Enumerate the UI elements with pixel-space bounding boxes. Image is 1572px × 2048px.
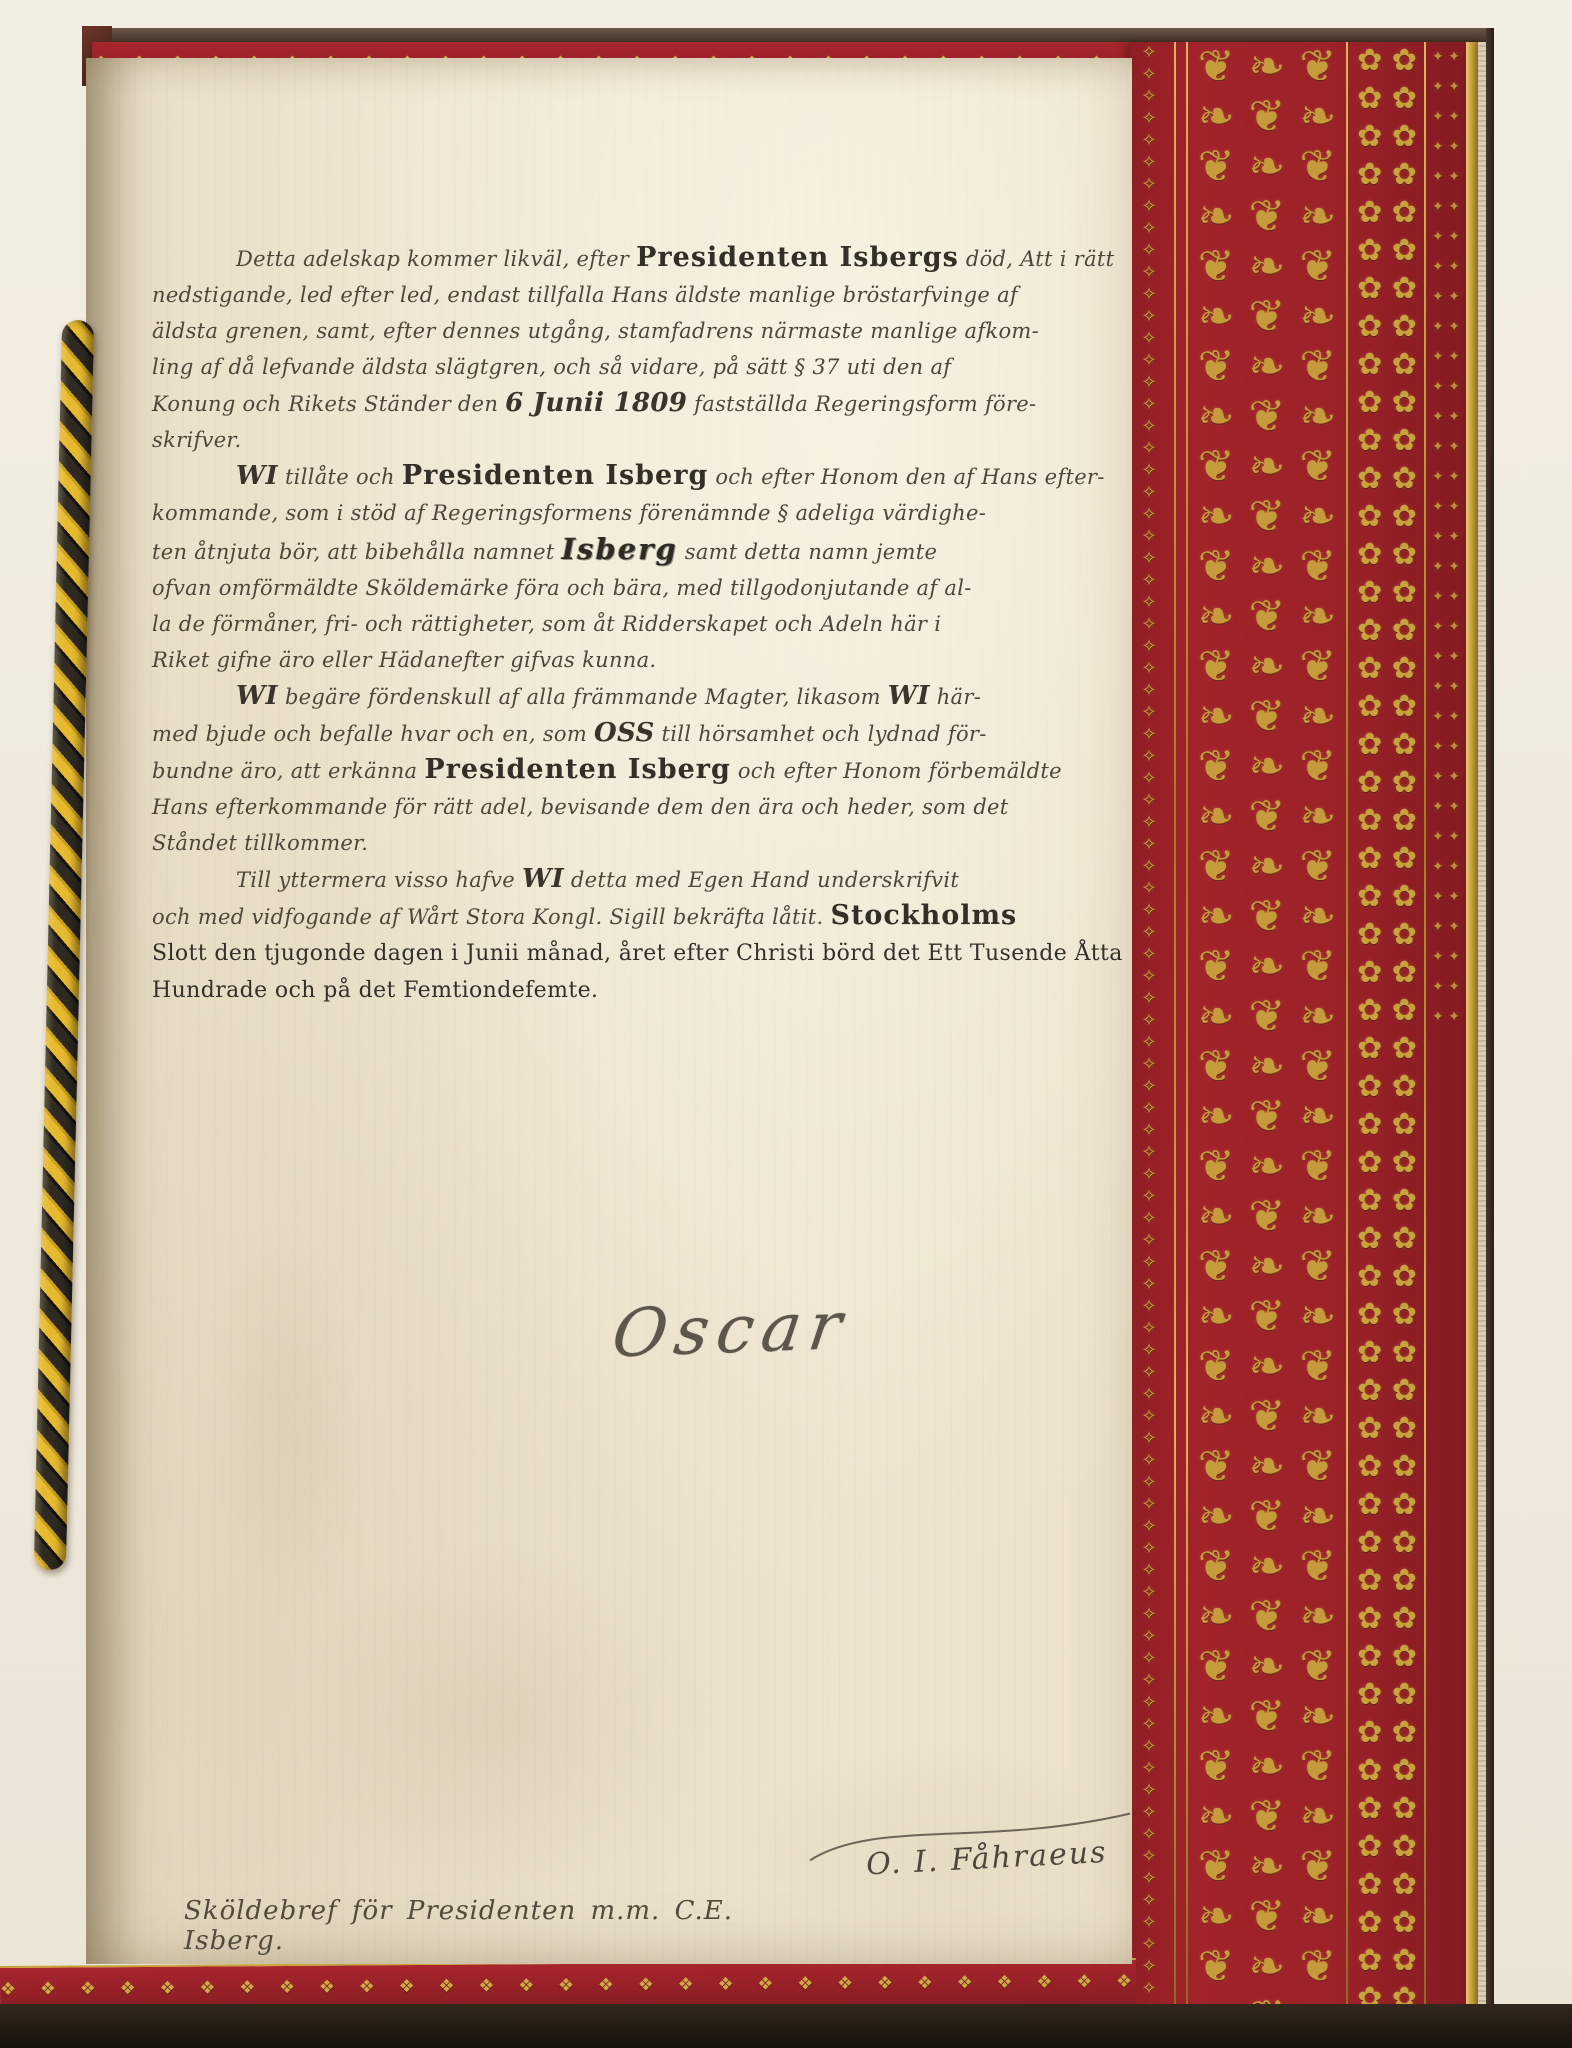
gold-spark-band: ✦ ✦ ✦ ✦ ✦ ✦ ✦ ✦ ✦ ✦ ✦ ✦ ✦ ✦ ✦ ✦ ✦ ✦ ✦ ✦ …: [1428, 42, 1464, 2008]
manuscript-line: ten åtnjuta bör, att bibehålla namnet Is…: [152, 531, 1104, 570]
manuscript-segment: Presidenten Isberg: [402, 460, 709, 491]
manuscript-segment: äldsta grenen, samt, efter dennes utgång…: [152, 319, 1039, 343]
manuscript-segment: Till yttermera visso hafve: [236, 868, 522, 892]
manuscript-segment: och med vidfogande af Wårt Stora Kongl. …: [152, 905, 830, 929]
manuscript-line: WI tillåte och Presidenten Isberg och ef…: [152, 458, 1104, 495]
manuscript-segment: Slott den tjugonde dagen i Junii månad, …: [152, 941, 1123, 966]
manuscript-segment: la de förmåner, fri- och rättigheter, so…: [152, 612, 941, 636]
manuscript-segment: samt detta namn jemte: [678, 540, 937, 564]
manuscript-segment: Presidenten Isbergs: [636, 242, 959, 273]
manuscript-segment: ling af då lefvande äldsta slägtgren, oc…: [152, 355, 951, 379]
manuscript-segment: Isberg: [562, 532, 678, 566]
manuscript-segment: OSS: [594, 718, 655, 748]
manuscript-segment: nedstigande, led efter led, endast tillf…: [152, 283, 1018, 307]
manuscript-line: Konung och Rikets Ständer den 6 Junii 18…: [152, 385, 1104, 422]
manuscript-segment: WI: [888, 681, 930, 711]
manuscript-segment: WI: [236, 681, 278, 711]
manuscript-segment: Riket gifne äro eller Hädanefter gifvas …: [152, 648, 656, 672]
gold-tooled-right-cover: ✧ ✧ ✧ ✧ ✧ ✧ ✧ ✧ ✧ ✧ ✧ ✧ ✧ ✧ ✧ ✧ ✧ ✧ ✧ ✧ …: [1130, 42, 1488, 2008]
manuscript-line: Slott den tjugonde dagen i Junii månad, …: [152, 935, 1104, 972]
manuscript-segment: och efter Honom förbemäldte: [731, 759, 1062, 783]
manuscript-segment: Stockholms: [830, 900, 1017, 931]
parchment-stain: [206, 1208, 366, 1628]
manuscript-segment: begäre fördenskull af alla främmande Mag…: [278, 685, 888, 709]
manuscript-line: Hundrade och på det Femtiondefemte.: [152, 972, 1104, 1009]
manuscript-line: ling af då lefvande äldsta slägtgren, oc…: [152, 349, 1104, 385]
manuscript-segment: och efter Honom den af Hans efter-: [708, 465, 1104, 489]
manuscript-line: Till yttermera visso hafve WI detta med …: [152, 861, 1104, 898]
manuscript-line: WI begäre fördenskull af alla främmande …: [152, 678, 1104, 715]
book-bottom-shadow: [0, 2004, 1572, 2048]
manuscript-line: kommande, som i stöd af Regeringsformens…: [152, 495, 1104, 531]
gold-pinstripe: [1424, 42, 1426, 2008]
gilt-page-edge: [1466, 42, 1478, 2008]
manuscript-line: med bjude och befalle hvar och en, som O…: [152, 715, 1104, 752]
manuscript-segment: Detta adelskap kommer likväl, efter: [236, 247, 636, 271]
manuscript-segment: Konung och Rikets Ständer den: [152, 392, 505, 416]
manuscript-segment: Hans efterkommande för rätt adel, bevisa…: [152, 795, 1009, 819]
manuscript-line: skrifver.: [152, 422, 1104, 458]
manuscript-segment: 6 Junii 1809: [505, 388, 687, 418]
gold-pinstripe: [1186, 42, 1188, 2008]
manuscript-segment: ten åtnjuta bör, att bibehålla namnet: [152, 540, 562, 564]
parchment-stain: [296, 1538, 716, 1898]
gold-foliate-band: ❦ ❧ ❦ ❧ ❦ ❧ ❦ ❧ ❦ ❧ ❦ ❧ ❦ ❧ ❦ ❧ ❦ ❧ ❦ ❧ …: [1192, 42, 1342, 2008]
manuscript-segment: kommande, som i stöd af Regeringsformens…: [152, 501, 986, 525]
manuscript-segment: Ståndet tillkommer.: [152, 831, 368, 855]
countersignature: O. I. Fåhraeus: [804, 1799, 1139, 1916]
gold-pinstripe: [1346, 42, 1348, 2008]
manuscript-segment: här-: [930, 685, 981, 709]
archive-caption: Sköldebref för Presidenten m.m. C.E. Isb…: [184, 1896, 804, 1956]
manuscript-segment: Hundrade och på det Femtiondefemte.: [152, 978, 598, 1003]
gold-scallop-edge: ✧ ✧ ✧ ✧ ✧ ✧ ✧ ✧ ✧ ✧ ✧ ✧ ✧ ✧ ✧ ✧ ✧ ✧ ✧ ✧ …: [1132, 42, 1166, 2008]
manuscript-segment: skrifver.: [152, 428, 241, 452]
manuscript-line: ofvan omförmäldte Sköldemärke föra och b…: [152, 570, 1104, 606]
royal-signature: Oscar: [602, 1280, 1039, 1415]
manuscript-line: Ståndet tillkommer.: [152, 825, 1104, 861]
manuscript-segment: WI: [522, 864, 564, 894]
manuscript-segment: WI: [236, 461, 278, 491]
manuscript-segment: död, Att i rätt: [959, 247, 1115, 271]
manuscript-segment: fastställda Regeringsform före-: [687, 392, 1036, 416]
manuscript-line: och med vidfogande af Wårt Stora Kongl. …: [152, 898, 1104, 935]
manuscript-line: bundne äro, att erkänna Presidenten Isbe…: [152, 752, 1104, 789]
manuscript-segment: Presidenten Isberg: [424, 754, 731, 785]
manuscript-line: la de förmåner, fri- och rättigheter, so…: [152, 606, 1104, 642]
manuscript-line: nedstigande, led efter led, endast tillf…: [152, 277, 1104, 313]
gold-pinstripe: [1174, 42, 1176, 2008]
manuscript-segment: med bjude och befalle hvar och en, som: [152, 722, 594, 746]
manuscript-line: Detta adelskap kommer likväl, efter Pres…: [152, 240, 1104, 277]
gold-rosette-band: ✿ ✿ ✿ ✿ ✿ ✿ ✿ ✿ ✿ ✿ ✿ ✿ ✿ ✿ ✿ ✿ ✿ ✿ ✿ ✿ …: [1352, 42, 1422, 2008]
manuscript-line: Riket gifne äro eller Hädanefter gifvas …: [152, 642, 1104, 678]
book-right-seam: [1486, 28, 1494, 2020]
manuscript-line: äldsta grenen, samt, efter dennes utgång…: [152, 313, 1104, 349]
manuscript-segment: till hörsamhet och lydnad för-: [655, 722, 987, 746]
manuscript-segment: tillåte och: [278, 465, 402, 489]
manuscript-text: Detta adelskap kommer likväl, efter Pres…: [152, 240, 1104, 1009]
manuscript-line: Hans efterkommande för rätt adel, bevisa…: [152, 789, 1104, 825]
manuscript-segment: detta med Egen Hand underskrifvit: [564, 868, 959, 892]
manuscript-segment: ofvan omförmäldte Sköldemärke föra och b…: [152, 576, 972, 600]
manuscript-segment: bundne äro, att erkänna: [152, 759, 424, 783]
